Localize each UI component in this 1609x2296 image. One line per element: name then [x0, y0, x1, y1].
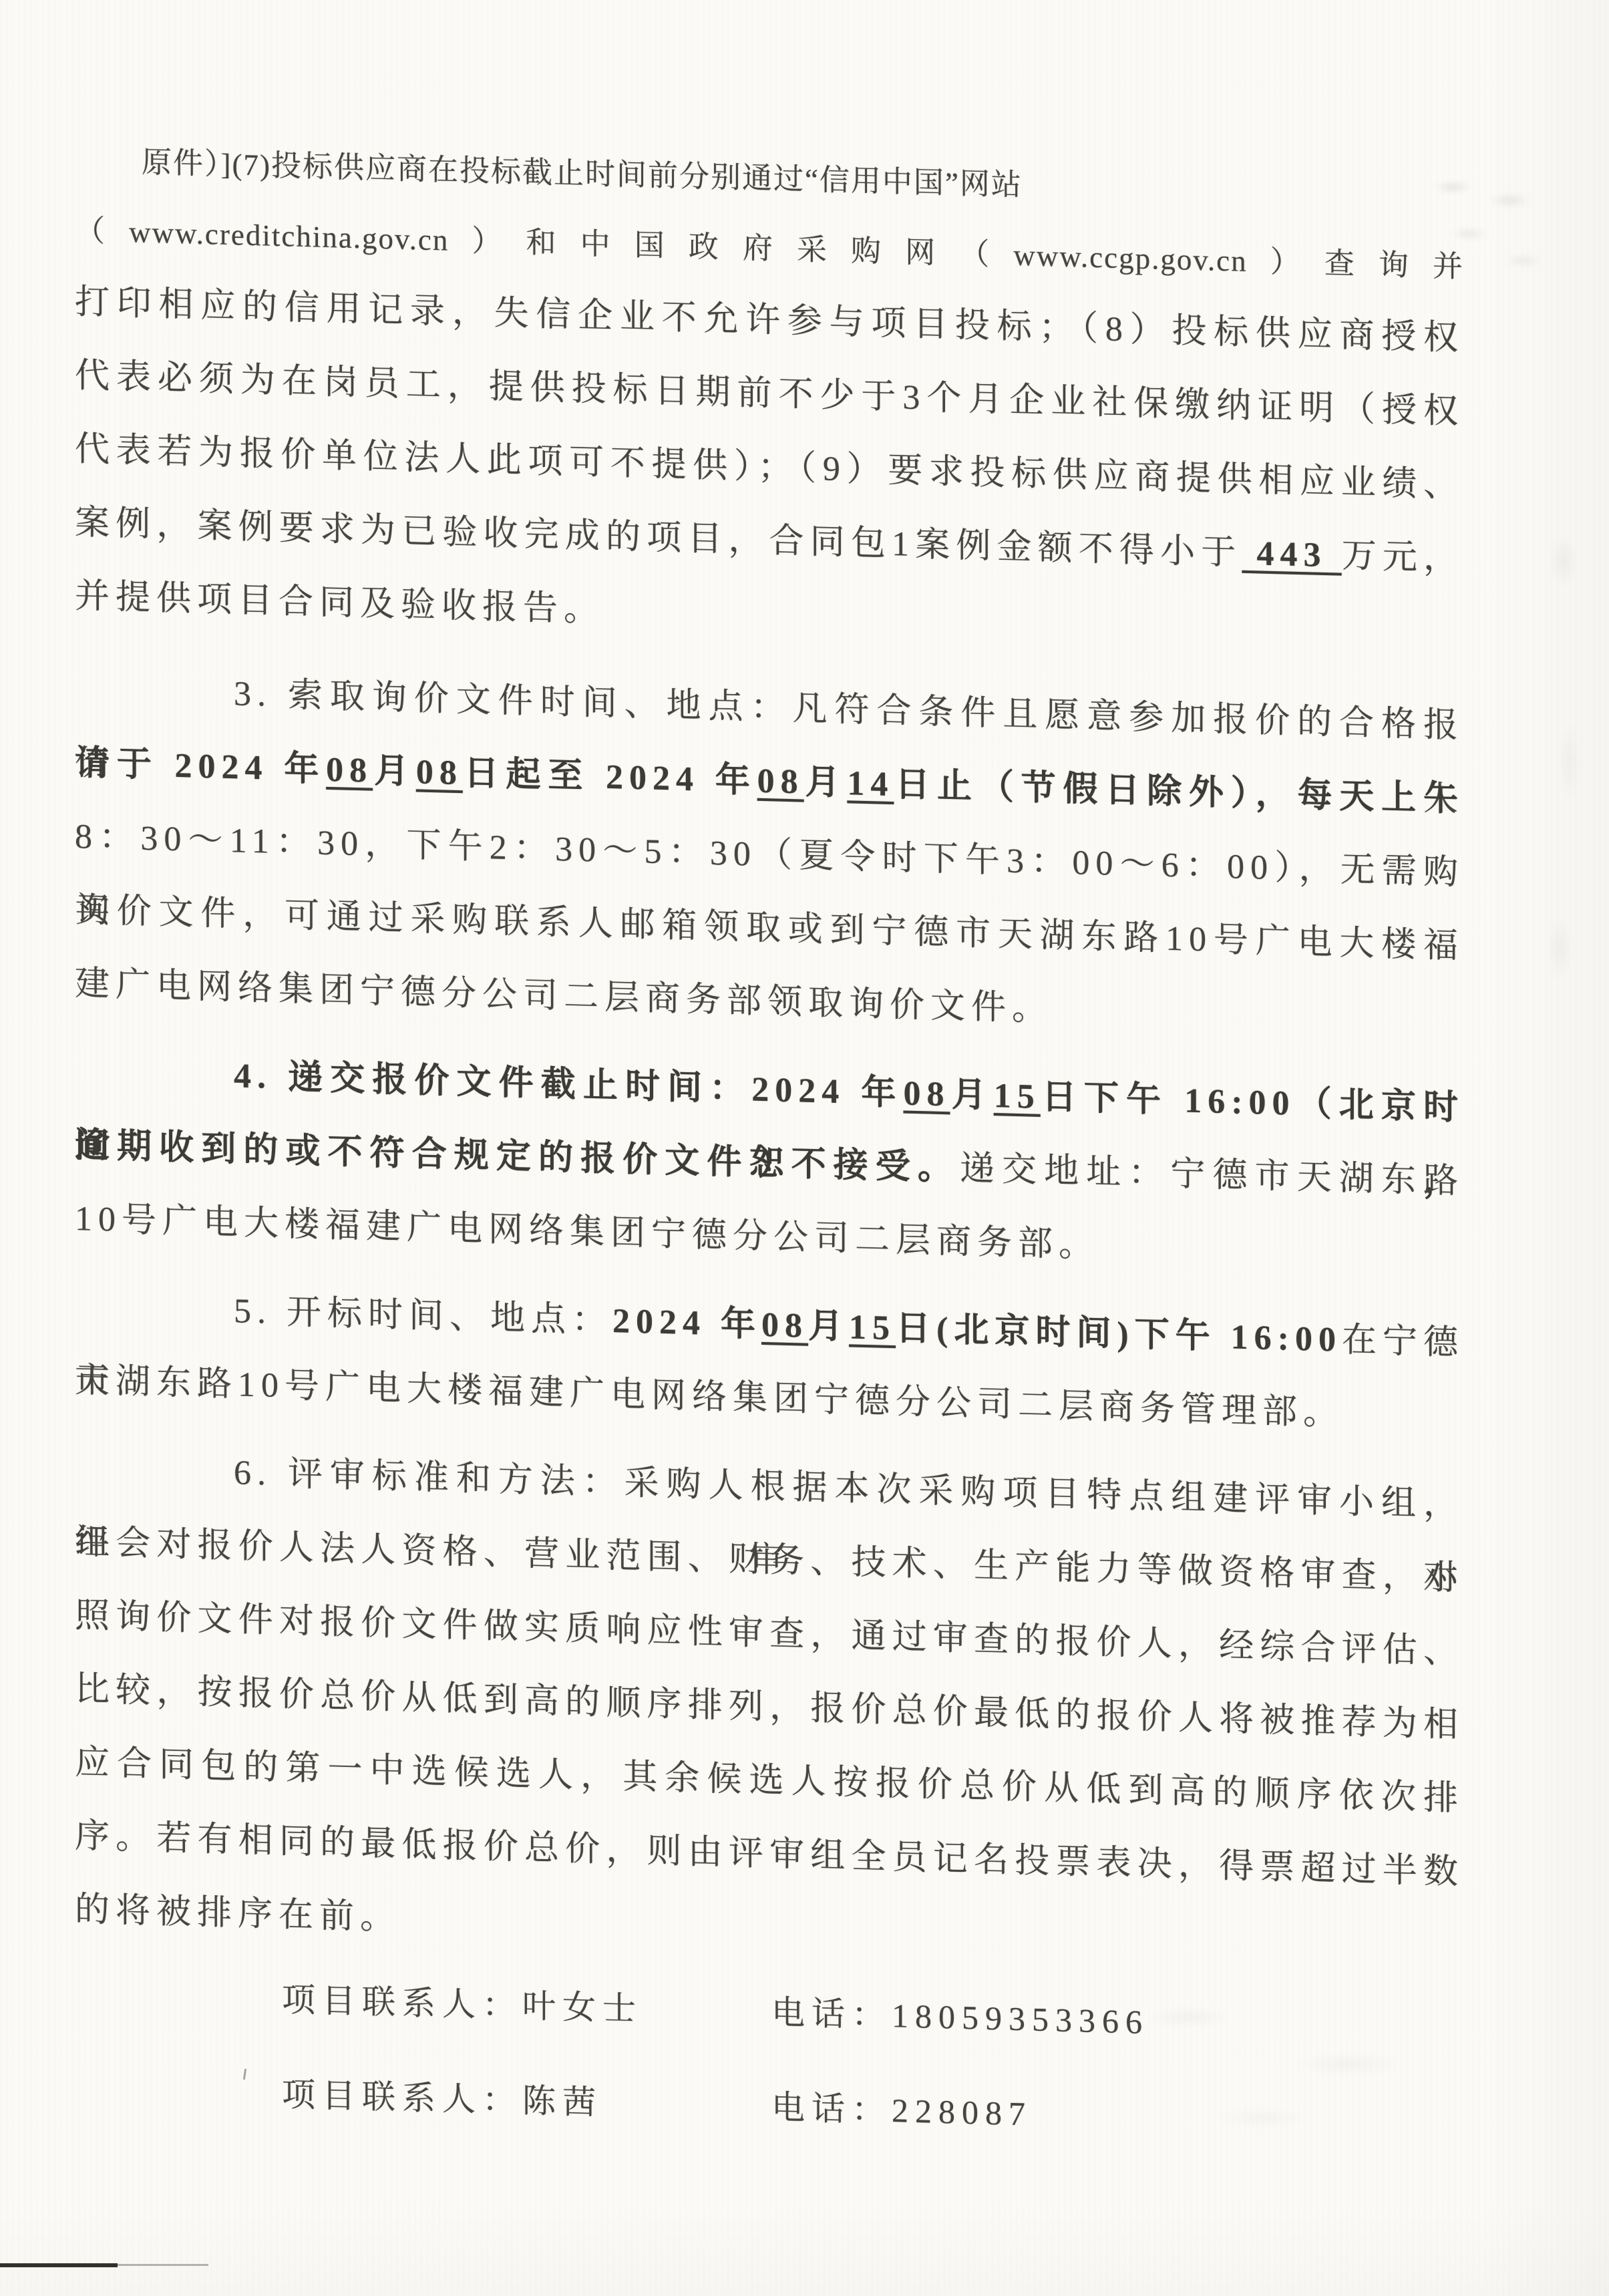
phone-label: 电话：: [771, 1993, 892, 2034]
text-segment: 4. 递交报价文件截止时间：2024 年: [234, 1057, 903, 1112]
underlined-value: 443: [1242, 534, 1341, 575]
contact-phone: 电话：18059353366: [771, 1993, 1149, 2041]
text-segment: 日起至 2024 年: [463, 754, 757, 800]
phone-number: 228087: [892, 2092, 1032, 2132]
contact-label: 项目联系人：: [282, 2076, 522, 2119]
text-segment: 建广电网络集团宁德分公司二层商务部领取询价文件。: [75, 965, 1053, 1028]
text-segment: 10号广电大楼福建广电网络集团宁德分公司二层商务部。: [75, 1200, 1099, 1265]
text-segment: 月: [950, 1076, 993, 1115]
text-segment: 月: [804, 764, 848, 803]
text-segment: 日止（节假日除外），每天上午: [894, 766, 1464, 818]
text-segment: 月: [373, 752, 416, 792]
bleedthrough-ghost-right-edge: [1530, 508, 1603, 1042]
phone-label: 电话：: [771, 2088, 892, 2129]
scan-edge-line-artifact: [0, 2263, 118, 2267]
underlined-value: 15: [849, 1308, 896, 1347]
text-segment: 2024 年: [612, 1302, 761, 1344]
underlined-value: 15: [994, 1077, 1041, 1116]
underlined-value: 08: [903, 1074, 950, 1114]
text-segment: 逾期收到的或不符合规定的报价文件恕不接受。: [75, 1126, 960, 1188]
text-segment: 天湖东路10号广电大楼福建广电网络集团宁德分公司二层商务管理部。: [75, 1361, 1344, 1433]
text-segment: 5. 开标时间、地点：: [234, 1292, 612, 1340]
text-segment: 并提供项目合同及验收报告。: [75, 577, 604, 629]
text-segment: 请于 2024 年: [75, 744, 326, 789]
underlined-value: 08: [757, 762, 804, 802]
contact-person: 项目联系人：陈茜: [282, 2047, 771, 2154]
text-segment: 递交地址：宁德市天湖东路: [960, 1150, 1464, 1201]
text-segment: 案例，案例要求为已验收完成的项目，合同包1案例金额不得小于: [75, 504, 1242, 572]
document-body: 原件）](7)投标供应商在投标截止时间前分别通过“信用中国”网站（www.cre…: [75, 126, 1464, 2172]
contact-person: 项目联系人：叶女士: [282, 1952, 771, 2060]
contact-phone: 电话：228087: [771, 2088, 1032, 2132]
contact-name: 叶女士: [522, 1987, 643, 2028]
underlined-value: 14: [847, 764, 894, 804]
underlined-value: 08: [416, 753, 463, 792]
underlined-value: 08: [761, 1306, 808, 1345]
scanned-document-page: { "page": { "background": "#fbfaf7", "in…: [0, 0, 1609, 2296]
text-segment: 的将被排序在前。: [75, 1891, 401, 1937]
text-segment: 万元，: [1342, 537, 1464, 579]
text-segment: 原件）](7)投标供应商在投标截止时间前分别通过“信用中国”网站: [142, 146, 1023, 202]
underlined-value: 08: [326, 751, 373, 790]
contact-name: 陈茜: [522, 2082, 602, 2122]
text-segment: 月: [808, 1307, 849, 1347]
phone-number: 18059353366: [892, 1997, 1149, 2041]
text-segment: 日(北京时间)下午 16:00: [896, 1309, 1342, 1359]
contact-label: 项目联系人：: [282, 1981, 522, 2024]
